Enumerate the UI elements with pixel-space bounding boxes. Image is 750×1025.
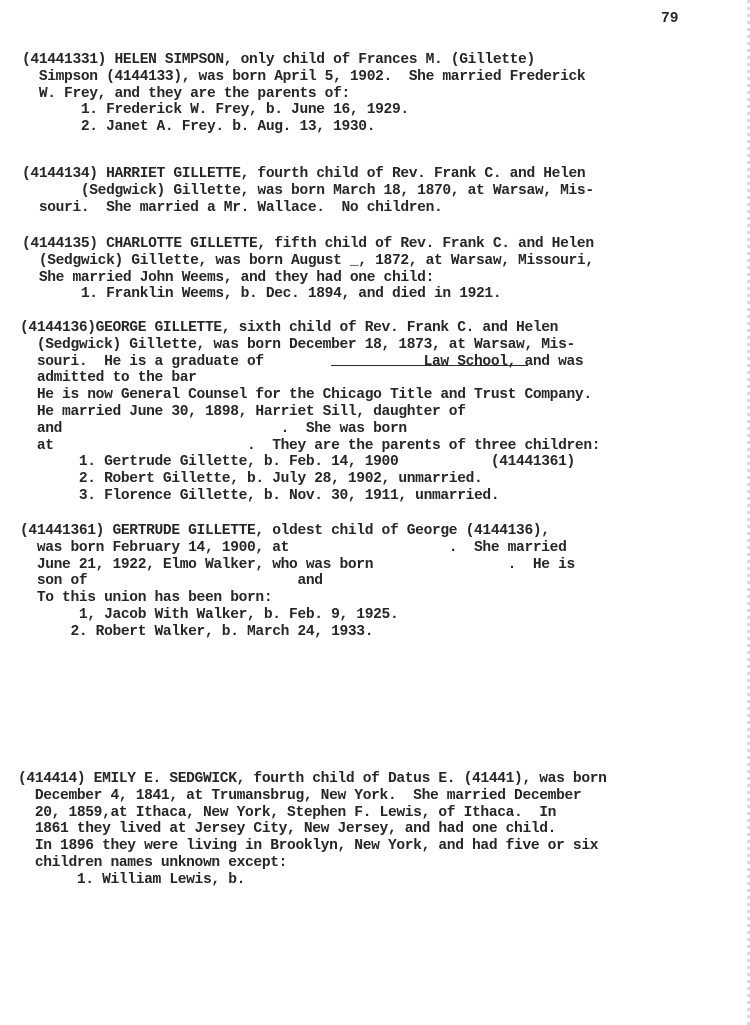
entry-heading-line: (4144135) CHARLOTTE GILLETTE, fifth chil… — [22, 236, 594, 253]
entry-text-line: admitted to the bar — [20, 370, 197, 387]
entry-heading-line: (414414) EMILY E. SEDGWICK, fourth child… — [18, 771, 607, 788]
entry-text-line: To this union has been born: — [20, 590, 272, 607]
page-number: 79 — [661, 11, 679, 27]
entry-heading-line: (41441361) GERTRUDE GILLETTE, oldest chi… — [20, 523, 550, 540]
entry-text-line: Simpson (4144133), was born April 5, 190… — [22, 69, 585, 86]
entry-text-line: souri. She married a Mr. Wallace. No chi… — [22, 200, 442, 217]
entry-text-line: 3. Florence Gillette, b. Nov. 30, 1911, … — [20, 488, 499, 505]
entry-text-line: 1. Franklin Weems, b. Dec. 1894, and die… — [22, 286, 501, 303]
entry-text-line: He is now General Counsel for the Chicag… — [20, 387, 592, 404]
entry-text-line: souri. He is a graduate of Law School, a… — [20, 354, 583, 371]
entry-text-line: 1, Jacob With Walker, b. Feb. 9, 1925. — [20, 607, 398, 624]
entry-text-line: children names unknown except: — [18, 855, 287, 872]
entry-text-line: 1. Frederick W. Frey, b. June 16, 1929. — [22, 102, 409, 119]
entry-text-line: 2. Robert Walker, b. March 24, 1933. — [20, 624, 373, 641]
entry-text-line: 1. Gertrude Gillette, b. Feb. 14, 1900 (… — [20, 454, 575, 471]
entry-text-line: He married June 30, 1898, Harriet Sill, … — [20, 404, 466, 421]
document-page: 79 (41441331) HELEN SIMPSON, only child … — [0, 0, 750, 1025]
entry-text-line: (Sedgwick) Gillette, was born December 1… — [20, 337, 575, 354]
entry-text-line: W. Frey, and they are the parents of: — [22, 86, 350, 103]
entry-text-line: 1. William Lewis, b. — [18, 872, 245, 889]
entry-heading-line: (4144134) HARRIET GILLETTE, fourth child… — [22, 166, 585, 183]
entry-text-line: 20, 1859,at Ithaca, New York, Stephen F.… — [18, 805, 556, 822]
entry-text-line: December 4, 1841, at Trumansbrug, New Yo… — [18, 788, 581, 805]
entry-text-line: and . She was born — [20, 421, 407, 438]
entry-text-line: In 1896 they were living in Brooklyn, Ne… — [18, 838, 598, 855]
entry-text-line: at . They are the parents of three child… — [20, 438, 600, 455]
blank-line-law-school — [331, 365, 528, 366]
entry-text-line: June 21, 1922, Elmo Walker, who was born… — [20, 557, 575, 574]
entry-heading-line: (41441331) HELEN SIMPSON, only child of … — [22, 52, 535, 69]
entry-text-line: son of and — [20, 573, 323, 590]
entry-text-line: (Sedgwick) Gillette, was born March 18, … — [22, 183, 594, 200]
entry-text-line: was born February 14, 1900, at . She mar… — [20, 540, 567, 557]
entry-text-line: 2. Janet A. Frey. b. Aug. 13, 1930. — [22, 119, 375, 136]
entry-text-line: She married John Weems, and they had one… — [22, 270, 434, 287]
entry-text-line: (Sedgwick) Gillette, was born August _, … — [22, 253, 594, 270]
entry-text-line: 2. Robert Gillette, b. July 28, 1902, un… — [20, 471, 482, 488]
entry-heading-line: (4144136)GEORGE GILLETTE, sixth child of… — [20, 320, 558, 337]
entry-text-line: 1861 they lived at Jersey City, New Jers… — [18, 821, 556, 838]
